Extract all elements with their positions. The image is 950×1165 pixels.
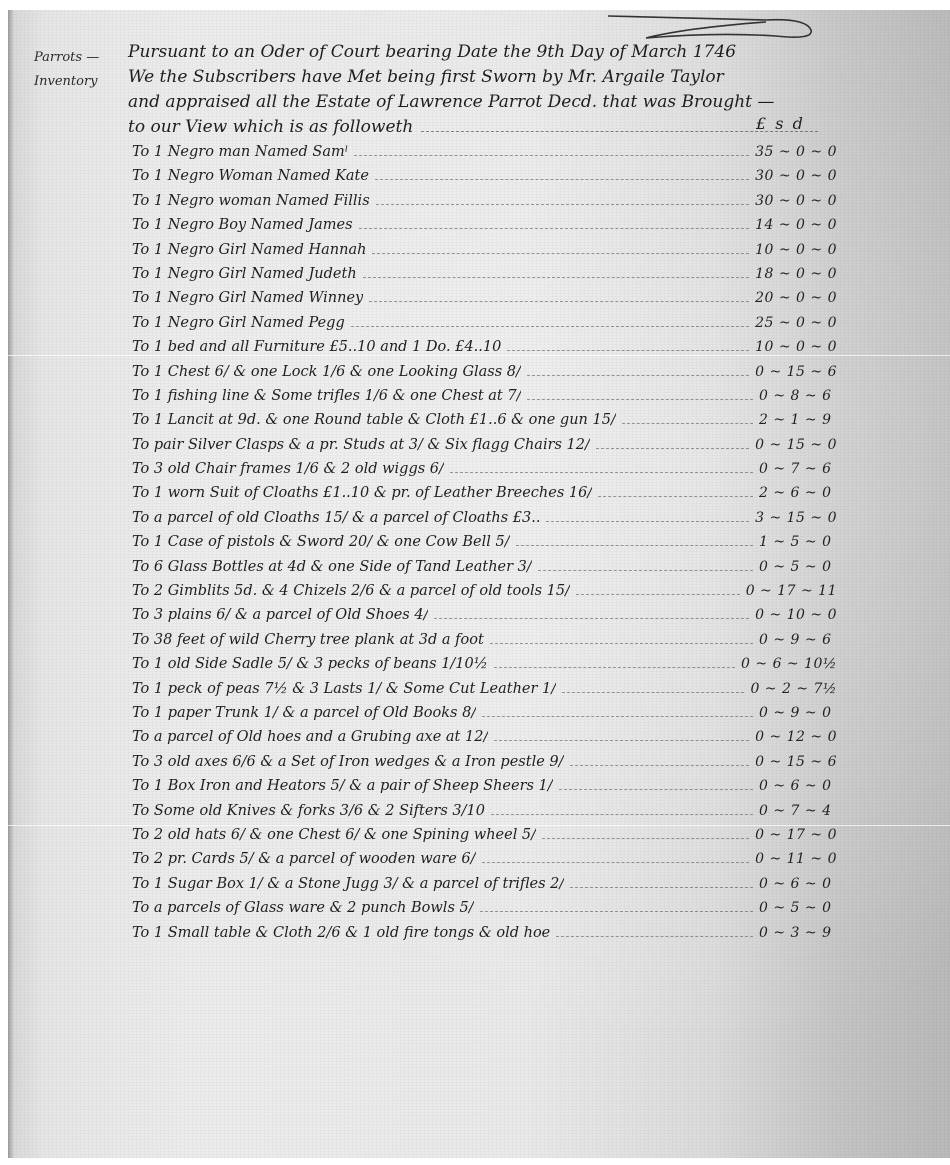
inventory-entry: To 2 old hats 6/ & one Chest 6/ & one Sp… [132,827,837,851]
entry-amount: 0 ~ 6 ~ 0 [759,876,837,892]
dotted-leader [351,326,749,327]
entry-description: To 1 fishing line & Some trifles 1/6 & o… [132,388,521,404]
entry-description: To 3 old axes 6/6 & a Set of Iron wedges… [132,754,564,770]
dotted-leader [491,814,753,815]
entry-amount: 0 ~ 15 ~ 0 [755,437,837,453]
dotted-leader [570,887,753,888]
entry-amount: 0 ~ 17 ~ 11 [746,583,837,599]
entry-amount: 0 ~ 5 ~ 0 [759,900,837,916]
entry-description: To pair Silver Clasps & a pr. Studs at 3… [132,437,590,453]
dotted-leader [546,521,749,522]
inventory-entry: To 1 old Side Sadle 5/ & 3 pecks of bean… [132,656,837,680]
inventory-entry: To 1 Case of pistols & Sword 20/ & one C… [132,534,837,558]
inventory-entry: To 3 old axes 6/6 & a Set of Iron wedges… [132,754,837,778]
inventory-entry: To pair Silver Clasps & a pr. Studs at 3… [132,437,837,461]
dotted-leader [450,472,753,473]
inventory-entry: To 1 Small table & Cloth 2/6 & 1 old fir… [132,925,837,949]
dotted-leader [596,448,749,449]
entry-description: To 1 Negro woman Named Fillis [132,193,370,209]
entry-description: To a parcel of Old hoes and a Grubing ax… [132,729,488,745]
entry-description: To 3 plains 6/ & a parcel of Old Shoes 4… [132,607,428,623]
entry-amount: 0 ~ 10 ~ 0 [755,607,837,623]
entry-amount: 25 ~ 0 ~ 0 [755,315,837,331]
dotted-leader [570,765,750,766]
margin-note-line: Parrots — [34,46,99,70]
entry-description: To 1 Negro Girl Named Winney [132,290,363,306]
dotted-leader [538,570,753,571]
entry-description: To 1 Negro man Named Samˡ [132,144,348,160]
preamble-line: Pursuant to an Oder of Court bearing Dat… [128,40,828,65]
entry-amount: 20 ~ 0 ~ 0 [755,290,837,306]
entry-amount: 30 ~ 0 ~ 0 [755,193,837,209]
dotted-leader [598,496,753,497]
entry-amount: 2 ~ 1 ~ 9 [759,412,837,428]
inventory-entry: To 1 Negro Girl Named Judeth18 ~ 0 ~ 0 [132,266,837,290]
preamble-line: to our View which is as followeth [128,115,828,140]
inventory-entry: To 2 pr. Cards 5/ & a parcel of wooden w… [132,851,837,875]
page-edge-shadow [8,10,14,1158]
dotted-leader [354,155,749,156]
inventory-entry: To 1 Negro Girl Named Hannah10 ~ 0 ~ 0 [132,242,837,266]
entry-amount: 0 ~ 6 ~ 10½ [741,656,837,672]
inventory-entry: To a parcels of Glass ware & 2 punch Bow… [132,900,837,924]
entry-description: To 1 Negro Girl Named Hannah [132,242,366,258]
dotted-leader [482,716,753,717]
inventory-entry: To 1 fishing line & Some trifles 1/6 & o… [132,388,837,412]
entry-amount: 0 ~ 12 ~ 0 [755,729,837,745]
dotted-leader [527,375,749,376]
entry-description: To 1 Lancit at 9d. & one Round table & C… [132,412,616,428]
dotted-leader [369,301,749,302]
inventory-entry: To 1 Negro Girl Named Pegg25 ~ 0 ~ 0 [132,315,837,339]
entry-description: To 1 Negro Boy Named James [132,217,353,233]
entry-amount: 1 ~ 5 ~ 0 [759,534,837,550]
dotted-leader [359,228,750,229]
dotted-leader [482,862,750,863]
inventory-entry: To 1 Lancit at 9d. & one Round table & C… [132,412,837,436]
inventory-entry: To 38 feet of wild Cherry tree plank at … [132,632,837,656]
inventory-entry: To 3 old Chair frames 1/6 & 2 old wiggs … [132,461,837,485]
preamble-text: We the Subscribers have Met being first … [128,65,724,90]
inventory-entry: To 1 Negro woman Named Fillis30 ~ 0 ~ 0 [132,193,837,217]
dotted-leader [494,667,735,668]
entry-description: To 1 Negro Woman Named Kate [132,168,369,184]
entry-description: To a parcel of old Cloaths 15/ & a parce… [132,510,540,526]
inventory-entry: To a parcel of old Cloaths 15/ & a parce… [132,510,837,534]
dotted-leader [516,545,753,546]
inventory-entry: To a parcel of Old hoes and a Grubing ax… [132,729,837,753]
entry-amount: 10 ~ 0 ~ 0 [755,242,837,258]
entry-description: To 1 bed and all Furniture £5..10 and 1 … [132,339,501,355]
entry-description: To a parcels of Glass ware & 2 punch Bow… [132,900,474,916]
preamble-line: and appraised all the Estate of Lawrence… [128,90,828,115]
preamble-text: and appraised all the Estate of Lawrence… [128,90,774,115]
entry-description: To 6 Glass Bottles at 4d & one Side of T… [132,559,532,575]
entry-amount: 0 ~ 9 ~ 6 [759,632,837,648]
dotted-leader [507,350,749,351]
currency-column-header: £ s d [756,114,805,133]
preamble-text: Pursuant to an Oder of Court bearing Dat… [128,40,736,65]
entry-amount: 3 ~ 15 ~ 0 [755,510,837,526]
inventory-entry: To 1 Box Iron and Heators 5/ & a pair of… [132,778,837,802]
entry-amount: 35 ~ 0 ~ 0 [755,144,837,160]
entry-amount: 0 ~ 9 ~ 0 [759,705,837,721]
entry-amount: 0 ~ 8 ~ 6 [759,388,837,404]
dotted-leader [490,643,753,644]
dotted-leader [480,911,753,912]
dotted-leader [376,204,749,205]
inventory-entry: To 1 bed and all Furniture £5..10 and 1 … [132,339,837,363]
entry-description: To 1 Small table & Cloth 2/6 & 1 old fir… [132,925,550,941]
dotted-leader [556,936,753,937]
entry-amount: 0 ~ 3 ~ 9 [759,925,837,941]
preamble: Pursuant to an Oder of Court bearing Dat… [128,40,828,140]
preamble-text: to our View which is as followeth [128,115,413,140]
entry-description: To 1 Sugar Box 1/ & a Stone Jugg 3/ & a … [132,876,564,892]
inventory-entry: To 1 Sugar Box 1/ & a Stone Jugg 3/ & a … [132,876,837,900]
entry-description: To 1 Negro Girl Named Judeth [132,266,357,282]
inventory-entry: To 3 plains 6/ & a parcel of Old Shoes 4… [132,607,837,631]
entry-description: To 1 Chest 6/ & one Lock 1/6 & one Looki… [132,364,521,380]
inventory-entry: To 2 Gimblits 5d. & 4 Chizels 2/6 & a pa… [132,583,837,607]
entry-description: To 1 old Side Sadle 5/ & 3 pecks of bean… [132,656,488,672]
dotted-leader [372,253,749,254]
entry-amount: 2 ~ 6 ~ 0 [759,485,837,501]
entry-amount: 0 ~ 15 ~ 6 [755,364,837,380]
entry-amount: 0 ~ 11 ~ 0 [755,851,837,867]
inventory-entry: To Some old Knives & forks 3/6 & 2 Sifte… [132,803,837,827]
dotted-leader [542,838,749,839]
entry-amount: 10 ~ 0 ~ 0 [755,339,837,355]
dotted-leader [562,692,744,693]
entry-description: To 1 Box Iron and Heators 5/ & a pair of… [132,778,553,794]
inventory-entry: To 1 Negro Girl Named Winney20 ~ 0 ~ 0 [132,290,837,314]
entry-amount: 0 ~ 6 ~ 0 [759,778,837,794]
inventory-list: To 1 Negro man Named Samˡ35 ~ 0 ~ 0To 1 … [132,144,837,949]
dotted-leader [375,179,749,180]
entry-amount: 0 ~ 7 ~ 4 [759,803,837,819]
inventory-entry: To 1 peck of peas 7½ & 3 Lasts 1/ & Some… [132,681,837,705]
preamble-line: We the Subscribers have Met being first … [128,65,828,90]
entry-amount: 0 ~ 5 ~ 0 [759,559,837,575]
entry-amount: 14 ~ 0 ~ 0 [755,217,837,233]
entry-description: To 3 old Chair frames 1/6 & 2 old wiggs … [132,461,444,477]
entry-amount: 18 ~ 0 ~ 0 [755,266,837,282]
entry-amount: 30 ~ 0 ~ 0 [755,168,837,184]
entry-description: To 1 Negro Girl Named Pegg [132,315,345,331]
dotted-leader [494,740,749,741]
entry-description: To 1 Case of pistols & Sword 20/ & one C… [132,534,510,550]
entry-description: To 1 peck of peas 7½ & 3 Lasts 1/ & Some… [132,681,556,697]
inventory-entry: To 1 Negro Boy Named James14 ~ 0 ~ 0 [132,217,837,241]
entry-description: To 1 paper Trunk 1/ & a parcel of Old Bo… [132,705,476,721]
entry-amount: 0 ~ 15 ~ 6 [755,754,837,770]
entry-description: To Some old Knives & forks 3/6 & 2 Sifte… [132,803,485,819]
entry-description: To 2 Gimblits 5d. & 4 Chizels 2/6 & a pa… [132,583,570,599]
margin-note-line: Inventory [34,70,99,94]
inventory-entry: To 1 worn Suit of Cloaths £1..10 & pr. o… [132,485,837,509]
inventory-entry: To 1 paper Trunk 1/ & a parcel of Old Bo… [132,705,837,729]
entry-description: To 2 pr. Cards 5/ & a parcel of wooden w… [132,851,476,867]
dotted-leader [527,399,753,400]
dotted-leader [622,423,753,424]
entry-amount: 0 ~ 7 ~ 6 [759,461,837,477]
entry-description: To 1 worn Suit of Cloaths £1..10 & pr. o… [132,485,592,501]
entry-description: To 2 old hats 6/ & one Chest 6/ & one Sp… [132,827,536,843]
dotted-leader [559,789,753,790]
inventory-entry: To 1 Negro man Named Samˡ35 ~ 0 ~ 0 [132,144,837,168]
dotted-leader [363,277,749,278]
inventory-entry: To 1 Negro Woman Named Kate30 ~ 0 ~ 0 [132,168,837,192]
entry-amount: 0 ~ 17 ~ 0 [755,827,837,843]
document-page: Parrots — Inventory Pursuant to an Oder … [8,10,950,1158]
dotted-leader [434,618,749,619]
margin-note: Parrots — Inventory [34,46,99,94]
entry-description: To 38 feet of wild Cherry tree plank at … [132,632,484,648]
inventory-entry: To 1 Chest 6/ & one Lock 1/6 & one Looki… [132,364,837,388]
entry-amount: 0 ~ 2 ~ 7½ [750,681,837,697]
inventory-entry: To 6 Glass Bottles at 4d & one Side of T… [132,559,837,583]
dotted-leader [576,594,740,595]
